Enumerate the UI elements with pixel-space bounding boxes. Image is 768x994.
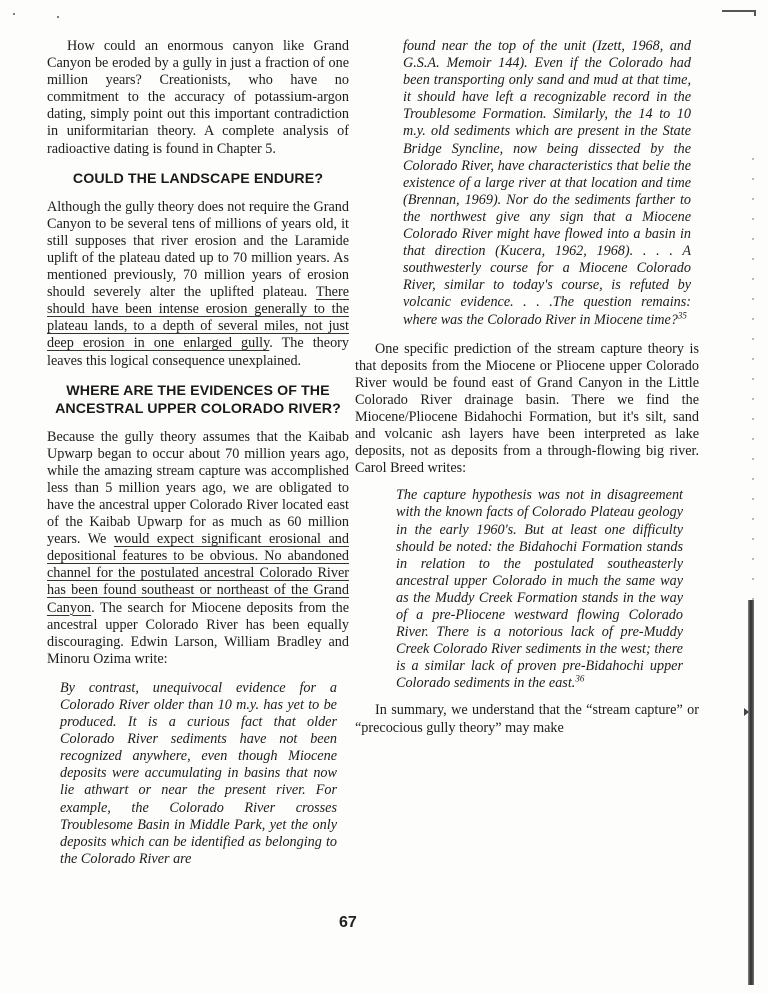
scan-binding-edge — [748, 600, 754, 985]
quote-text: The capture hypothesis was not in disagr… — [396, 487, 683, 691]
quote-text: found near the top of the unit (Izett, 1… — [403, 38, 691, 328]
right-column: found near the top of the unit (Izett, 1… — [355, 38, 699, 737]
section-landscape-paragraph: Although the gully theory does not requi… — [47, 199, 349, 370]
block-quote-breed: The capture hypothesis was not in disagr… — [355, 487, 683, 692]
footnote-ref: 36 — [575, 674, 584, 684]
text-segment: Because the gully theory assumes that th… — [47, 429, 349, 548]
footnote-ref: 35 — [678, 310, 687, 320]
page-number: 67 — [339, 914, 357, 932]
text-segment: Although the gully theory does not requi… — [47, 199, 349, 300]
intro-paragraph: How could an enormous canyon like Grand … — [47, 38, 349, 158]
heading-ancestral-river: WHERE ARE THE EVIDENCES OF THE ANCESTRAL… — [47, 382, 349, 418]
scan-binding-tick — [744, 708, 749, 716]
block-quote-larson-continued: found near the top of the unit (Izett, 1… — [355, 38, 691, 329]
block-quote-larson: By contrast, unequivocal evidence for a … — [47, 680, 349, 868]
summary-paragraph: In summary, we understand that the “stre… — [355, 702, 699, 736]
scan-speck — [57, 16, 59, 18]
scan-corner-mark — [722, 10, 756, 12]
capture-paragraph: One specific prediction of the stream ca… — [355, 341, 699, 478]
scan-speck — [13, 13, 15, 15]
section-ancestral-paragraph: Because the gully theory assumes that th… — [47, 429, 349, 668]
left-column: How could an enormous canyon like Grand … — [47, 38, 349, 880]
scan-binding-dots — [752, 140, 754, 600]
text-segment: . The search for Miocene deposits from t… — [47, 600, 349, 667]
heading-landscape-endure: COULD THE LANDSCAPE ENDURE? — [47, 170, 349, 188]
